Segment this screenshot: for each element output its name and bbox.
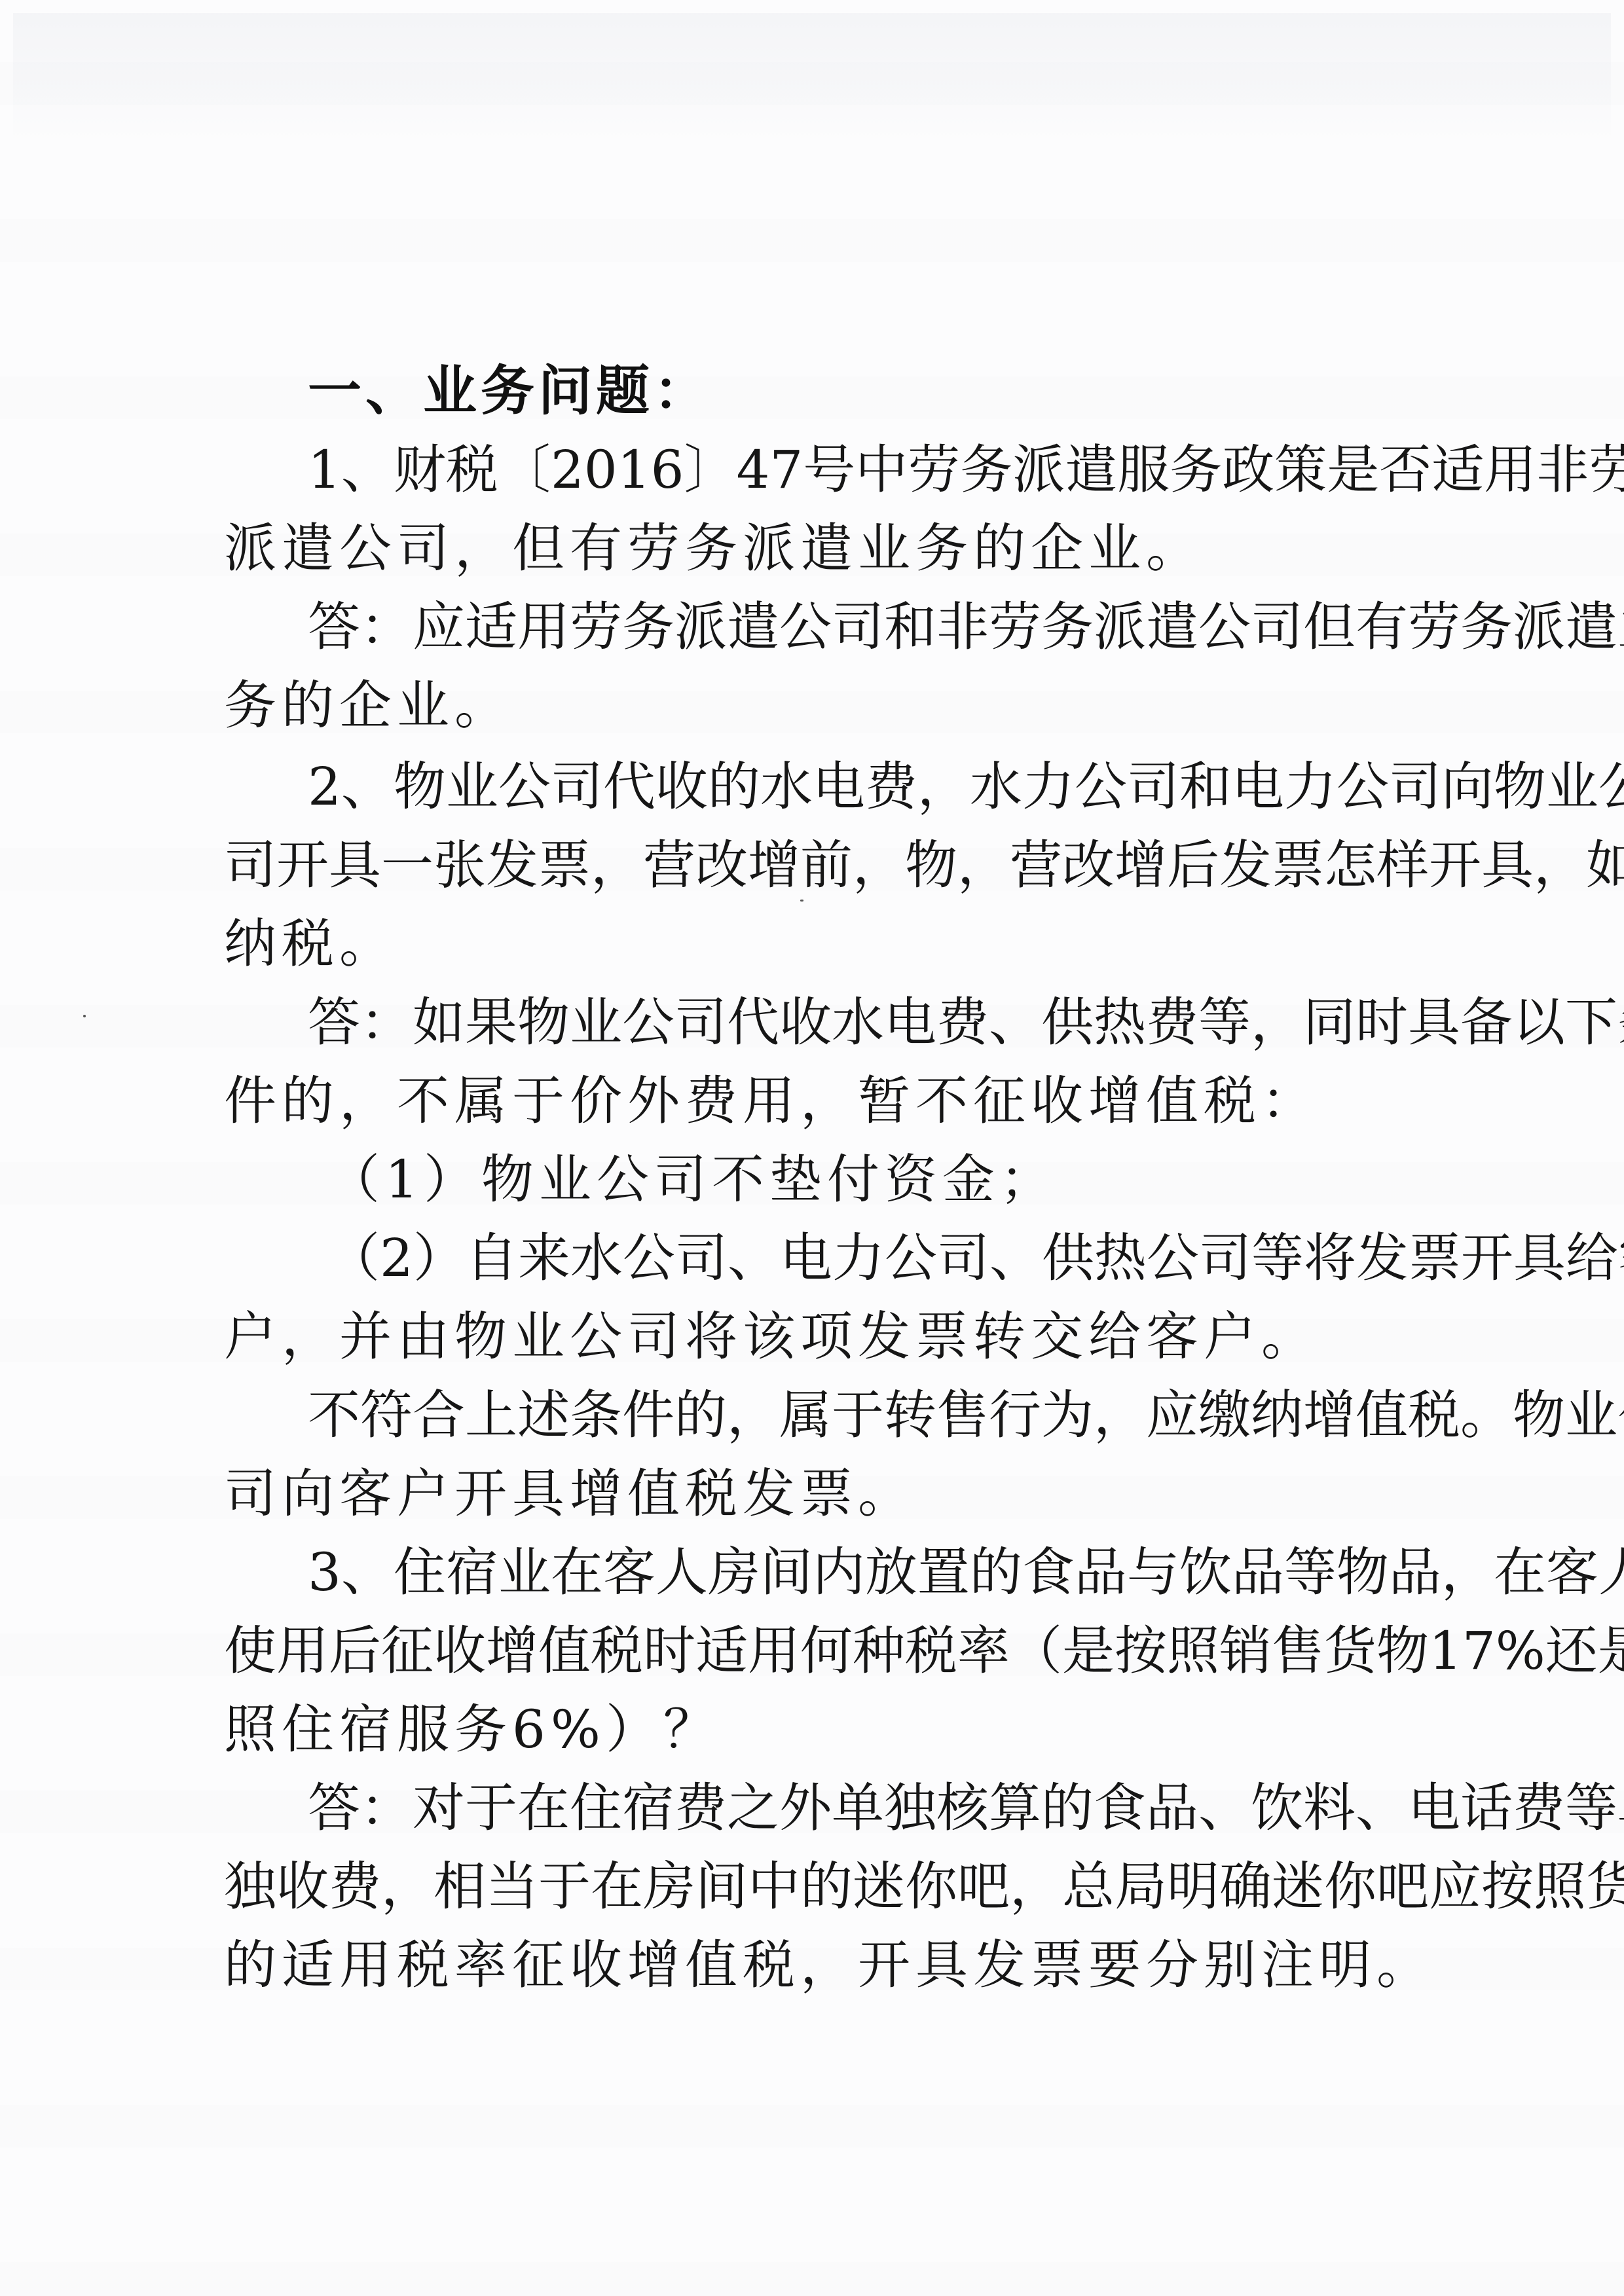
question-3-line-1: 3、住宿业在客人房间内放置的食品与饮品等物品，在客人 bbox=[308, 1540, 1431, 1605]
scan-edge-noise bbox=[13, 13, 1611, 144]
scan-speck bbox=[83, 1015, 86, 1017]
question-2-line-3: 纳税。 bbox=[224, 911, 397, 977]
scan-speck bbox=[800, 900, 803, 902]
question-2-line-2: 司开具一张发票，营改增前，物，营改增后发票怎样开具，如何 bbox=[224, 833, 1432, 898]
answer-3-line-1: 答：对于在住宿费之外单独核算的食品、饮料、电话费等单 bbox=[308, 1776, 1431, 1841]
answer-2-condition-2-line-1: （2）自来水公司、电力公司、供热公司等将发票开具给客 bbox=[327, 1226, 1431, 1291]
answer-2-line-2: 件的，不属于价外费用，暂不征收增值税： bbox=[224, 1068, 1319, 1134]
question-2-line-1: 2、物业公司代收的水电费，水力公司和电力公司向物业公 bbox=[308, 754, 1431, 820]
answer-1-line-2: 务的企业。 bbox=[224, 673, 512, 738]
answer-3-line-3: 的适用税率征收增值税，开具发票要分别注明。 bbox=[224, 1933, 1434, 1998]
answer-2-line-1: 答：如果物业公司代收水电费、供热费等，同时具备以下条 bbox=[308, 990, 1431, 1055]
answer-2-condition-2-line-2: 户，并由物业公司将该项发票转交给客户。 bbox=[224, 1304, 1319, 1370]
answer-1-line-1: 答：应适用劳务派遣公司和非劳务派遣公司但有劳务派遣业 bbox=[308, 594, 1431, 660]
section-heading: 一、业务问题： bbox=[308, 359, 711, 424]
answer-2-condition-1: （1）物业公司不垫付资金； bbox=[327, 1147, 1058, 1212]
question-3-line-2: 使用后征收增值税时适用何种税率（是按照销售货物17%还是按 bbox=[224, 1618, 1432, 1684]
answer-2-note-line-2: 司向客户开具增值税发票。 bbox=[224, 1461, 915, 1527]
question-1-line-2: 派遣公司，但有劳务派遣业务的企业。 bbox=[224, 516, 1204, 581]
answer-2-note-line-1: 不符合上述条件的，属于转售行为，应缴纳增值税。物业公 bbox=[308, 1383, 1431, 1448]
question-3-line-3: 照住宿服务6%）？ bbox=[224, 1697, 721, 1762]
answer-3-line-2: 独收费，相当于在房间中的迷你吧，总局明确迷你吧应按照货物 bbox=[224, 1854, 1432, 1920]
question-1-line-1: 1、财税〔2016〕47号中劳务派遣服务政策是否适用非劳务 bbox=[308, 437, 1431, 503]
scanned-page: 一、业务问题： 1、财税〔2016〕47号中劳务派遣服务政策是否适用非劳务 派遣… bbox=[0, 0, 1624, 2296]
